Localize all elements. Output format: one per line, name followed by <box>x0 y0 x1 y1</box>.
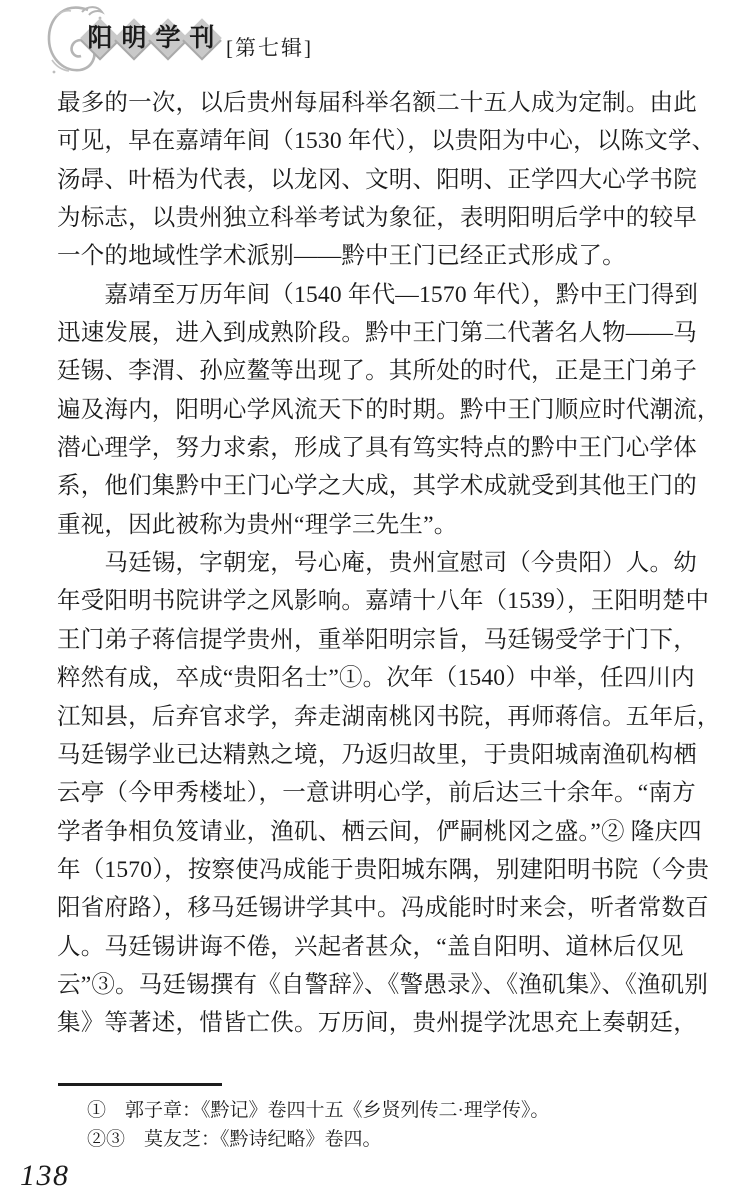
body-text-block: 最多的一次，以后贵州每届科举名额二十五人成为定制。由此 可见，早在嘉靖年间（15… <box>57 84 707 1043</box>
page-number: 138 <box>20 1159 70 1193</box>
journal-masthead: 阳 明 学 刊 [第七辑] <box>80 18 313 58</box>
text-line: 粹然有成，卒成“贵阳名士”①。次年（1540）中举，任四川内 <box>57 659 707 697</box>
text-line: 王门弟子蒋信提学贵州，重举阳明宗旨，马廷锡受学于门下， <box>57 621 707 659</box>
journal-title-char: 阳 <box>87 26 112 51</box>
text-line: 潜心理学，努力求索，形成了具有笃实特点的黔中王门心学体 <box>57 429 707 467</box>
journal-title-char: 学 <box>155 26 180 51</box>
footnote-line: ① 郭子章：《黔记》卷四十五《乡贤列传二·理学传》。 <box>87 1097 549 1126</box>
text-line: 江知县，后弃官求学，奔走湖南桃冈书院，再师蒋信。五年后， <box>57 698 707 736</box>
footnotes-block: ① 郭子章：《黔记》卷四十五《乡贤列传二·理学传》。 ②③ 莫友芝：《黔诗纪略》… <box>87 1097 549 1154</box>
text-line: 云亭（今甲秀楼址），一意讲明心学，前后达三十余年。“南方 <box>57 774 707 812</box>
text-line: 汤冔、叶梧为代表，以龙冈、文明、阳明、正学四大心学书院 <box>57 161 707 199</box>
text-line: 学者争相负笈请业，渔矶、栖云间，俨嗣桃冈之盛。”② 隆庆四 <box>57 813 707 851</box>
text-line: 迅速发展，进入到成熟阶段。黔中王门第二代著名人物——马 <box>57 314 707 352</box>
footnote-divider <box>58 1083 222 1086</box>
text-line: 集》等著述，惜皆亡佚。万历间，贵州提学沈思充上奏朝廷， <box>57 1004 707 1042</box>
issue-label: [第七辑] <box>226 32 313 62</box>
text-line: 为标志，以贵州独立科举考试为象征，表明阳明后学中的较早 <box>57 199 707 237</box>
text-line: 马廷锡学业已达精熟之境，乃返归故里，于贵阳城南渔矶构栖 <box>57 736 707 774</box>
footnote-line: ②③ 莫友芝：《黔诗纪略》卷四。 <box>87 1126 549 1155</box>
text-line: 廷锡、李渭、孙应鳌等出现了。其所处的时代，正是王门弟子 <box>57 352 707 390</box>
text-line: 嘉靖至万历年间（1540 年代—1570 年代），黔中王门得到 <box>57 276 707 314</box>
text-line: 系，他们集黔中王门心学之大成，其学术成就受到其他王门的 <box>57 467 707 505</box>
text-line: 马廷锡，字朝宠，号心庵，贵州宣慰司（今贵阳）人。幼 <box>57 544 707 582</box>
journal-title-char: 刊 <box>189 26 214 51</box>
text-line: 遍及海内，阳明心学风流天下的时期。黔中王门顺应时代潮流， <box>57 391 707 429</box>
text-line: 云”③。马廷锡撰有《自警辞》、《警愚录》、《渔矶集》、《渔矶别 <box>57 966 707 1004</box>
text-line: 最多的一次，以后贵州每届科举名额二十五人成为定制。由此 <box>57 84 707 122</box>
text-line: 重视，因此被称为贵州“理学三先生”。 <box>57 506 707 544</box>
text-line: 阳省府路），移马廷锡讲学其中。冯成能时时来会，听者常数百 <box>57 889 707 927</box>
text-line: 年（1570），按察使冯成能于贵阳城东隅，别建阳明书院（今贵 <box>57 851 707 889</box>
text-line: 可见，早在嘉靖年间（1530 年代），以贵阳为中心，以陈文学、 <box>57 122 707 160</box>
title-char-diamond: 刊 <box>182 18 222 58</box>
text-line: 一个的地域性学术派别——黔中王门已经正式形成了。 <box>57 237 707 275</box>
scanned-book-page: 阳 明 学 刊 [第七辑] 最多的一次，以后贵州每届科举名额二十五人成为定制。由… <box>0 0 750 1199</box>
journal-title-char: 明 <box>121 26 146 51</box>
text-line: 人。马廷锡讲诲不倦，兴起者甚众，“盖自阳明、道林后仅见 <box>57 928 707 966</box>
text-line: 年受阳明书院讲学之风影响。嘉靖十八年（1539），王阳明楚中 <box>57 582 707 620</box>
